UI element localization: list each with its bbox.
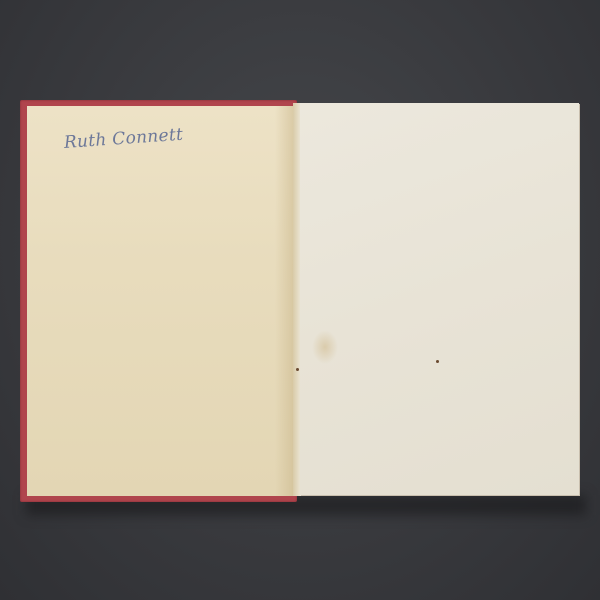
foxing-spot	[296, 368, 299, 371]
right-flyleaf-page	[300, 103, 579, 495]
left-endpaper	[27, 106, 297, 496]
foxing-stain	[312, 330, 338, 364]
foxing-spot	[436, 360, 439, 363]
